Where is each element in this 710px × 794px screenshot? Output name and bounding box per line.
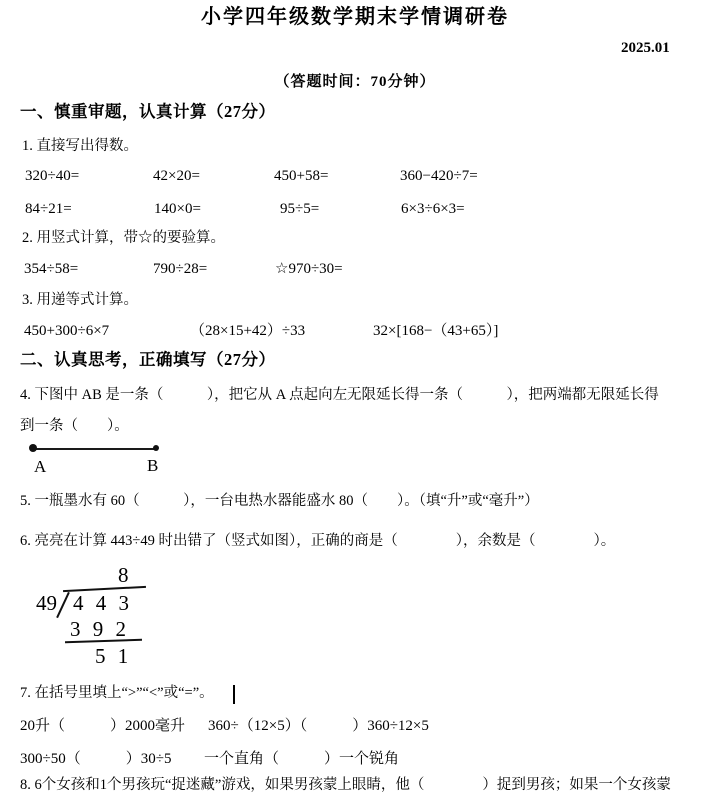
segment-endpoint-b-dot [153, 445, 159, 451]
question-1-label: 1. 直接写出得数。 [22, 138, 138, 155]
math-expression: 360−420÷7= [400, 167, 478, 185]
answer-time-note: （答题时间：70分钟） [0, 73, 710, 91]
math-expression: 32×[168−（43+65）] [373, 322, 498, 340]
question-7-label: 7. 在括号里填上“>”“<”或“=”。 [20, 685, 214, 702]
math-expression: 42×20= [153, 167, 200, 185]
math-expression: 354÷58= [24, 260, 78, 278]
question-4-line-2: 到一条（ ）。 [20, 418, 129, 435]
math-expression: 6×3÷6×3= [401, 200, 465, 218]
question-8: 8. 6个女孩和1个男孩玩“捉迷藏”游戏，如果男孩蒙上眼睛，他（ ）捉到男孩；如… [20, 777, 671, 794]
math-expression: 450+58= [274, 167, 328, 185]
point-a-label: A [34, 458, 46, 475]
division-product: 3 9 2 [70, 619, 126, 640]
division-divisor: 49 [36, 593, 57, 614]
point-b-label: B [147, 457, 158, 474]
exam-date: 2025.01 [621, 39, 670, 57]
segment-endpoint-a-dot [29, 444, 37, 452]
math-expression: 95÷5= [280, 200, 319, 218]
question-3-label: 3. 用递等式计算。 [22, 292, 138, 309]
math-expression: 790÷28= [153, 260, 207, 278]
comparison-item: 一个直角（ ）一个锐角 [204, 750, 399, 768]
segment-line [33, 448, 157, 450]
math-expression: （28×15+42）÷33 [190, 322, 305, 340]
text-cursor [233, 685, 235, 704]
math-expression: 140×0= [154, 200, 201, 218]
comparison-item: 360÷（12×5）（ ）360÷12×5 [208, 717, 429, 735]
math-expression: 450+300÷6×7 [24, 322, 109, 340]
section-1-heading: 一、慎重审题，认真计算（27分） [20, 102, 276, 122]
question-5: 5. 一瓶墨水有 60（ ），一台电热水器能盛水 80（ ）。（填“升”或“毫升… [20, 493, 539, 510]
question-6: 6. 亮亮在计算 443÷49 时出错了（竖式如图），正确的商是（ ），余数是（… [20, 533, 615, 550]
division-quotient: 8 [118, 565, 129, 586]
division-dividend: 4 4 3 [73, 593, 129, 614]
section-2-heading: 二、认真思考，正确填写（27分） [20, 350, 276, 370]
paper-title: 小学四年级数学期末学情调研卷 [0, 5, 710, 29]
division-remainder: 5 1 [95, 646, 128, 667]
long-division-figure: 8 49 4 4 3 3 9 2 5 1 [35, 563, 170, 675]
exam-paper[interactable]: 小学四年级数学期末学情调研卷 2025.01 （答题时间：70分钟） 一、慎重审… [0, 0, 710, 794]
math-expression: 84÷21= [25, 200, 72, 218]
question-4-line-1: 4. 下图中 AB 是一条（ ），把它从 A 点起向左无限延长得一条（ ），把两… [20, 387, 659, 404]
comparison-item: 20升（ ）2000毫升 [20, 717, 185, 735]
math-expression: 320÷40= [25, 167, 79, 185]
math-expression: ☆970÷30= [275, 260, 343, 278]
division-bracket-slash [56, 592, 70, 618]
comparison-item: 300÷50（ ）30÷5 [20, 750, 171, 768]
question-2-label: 2. 用竖式计算，带☆的要验算。 [22, 230, 225, 247]
